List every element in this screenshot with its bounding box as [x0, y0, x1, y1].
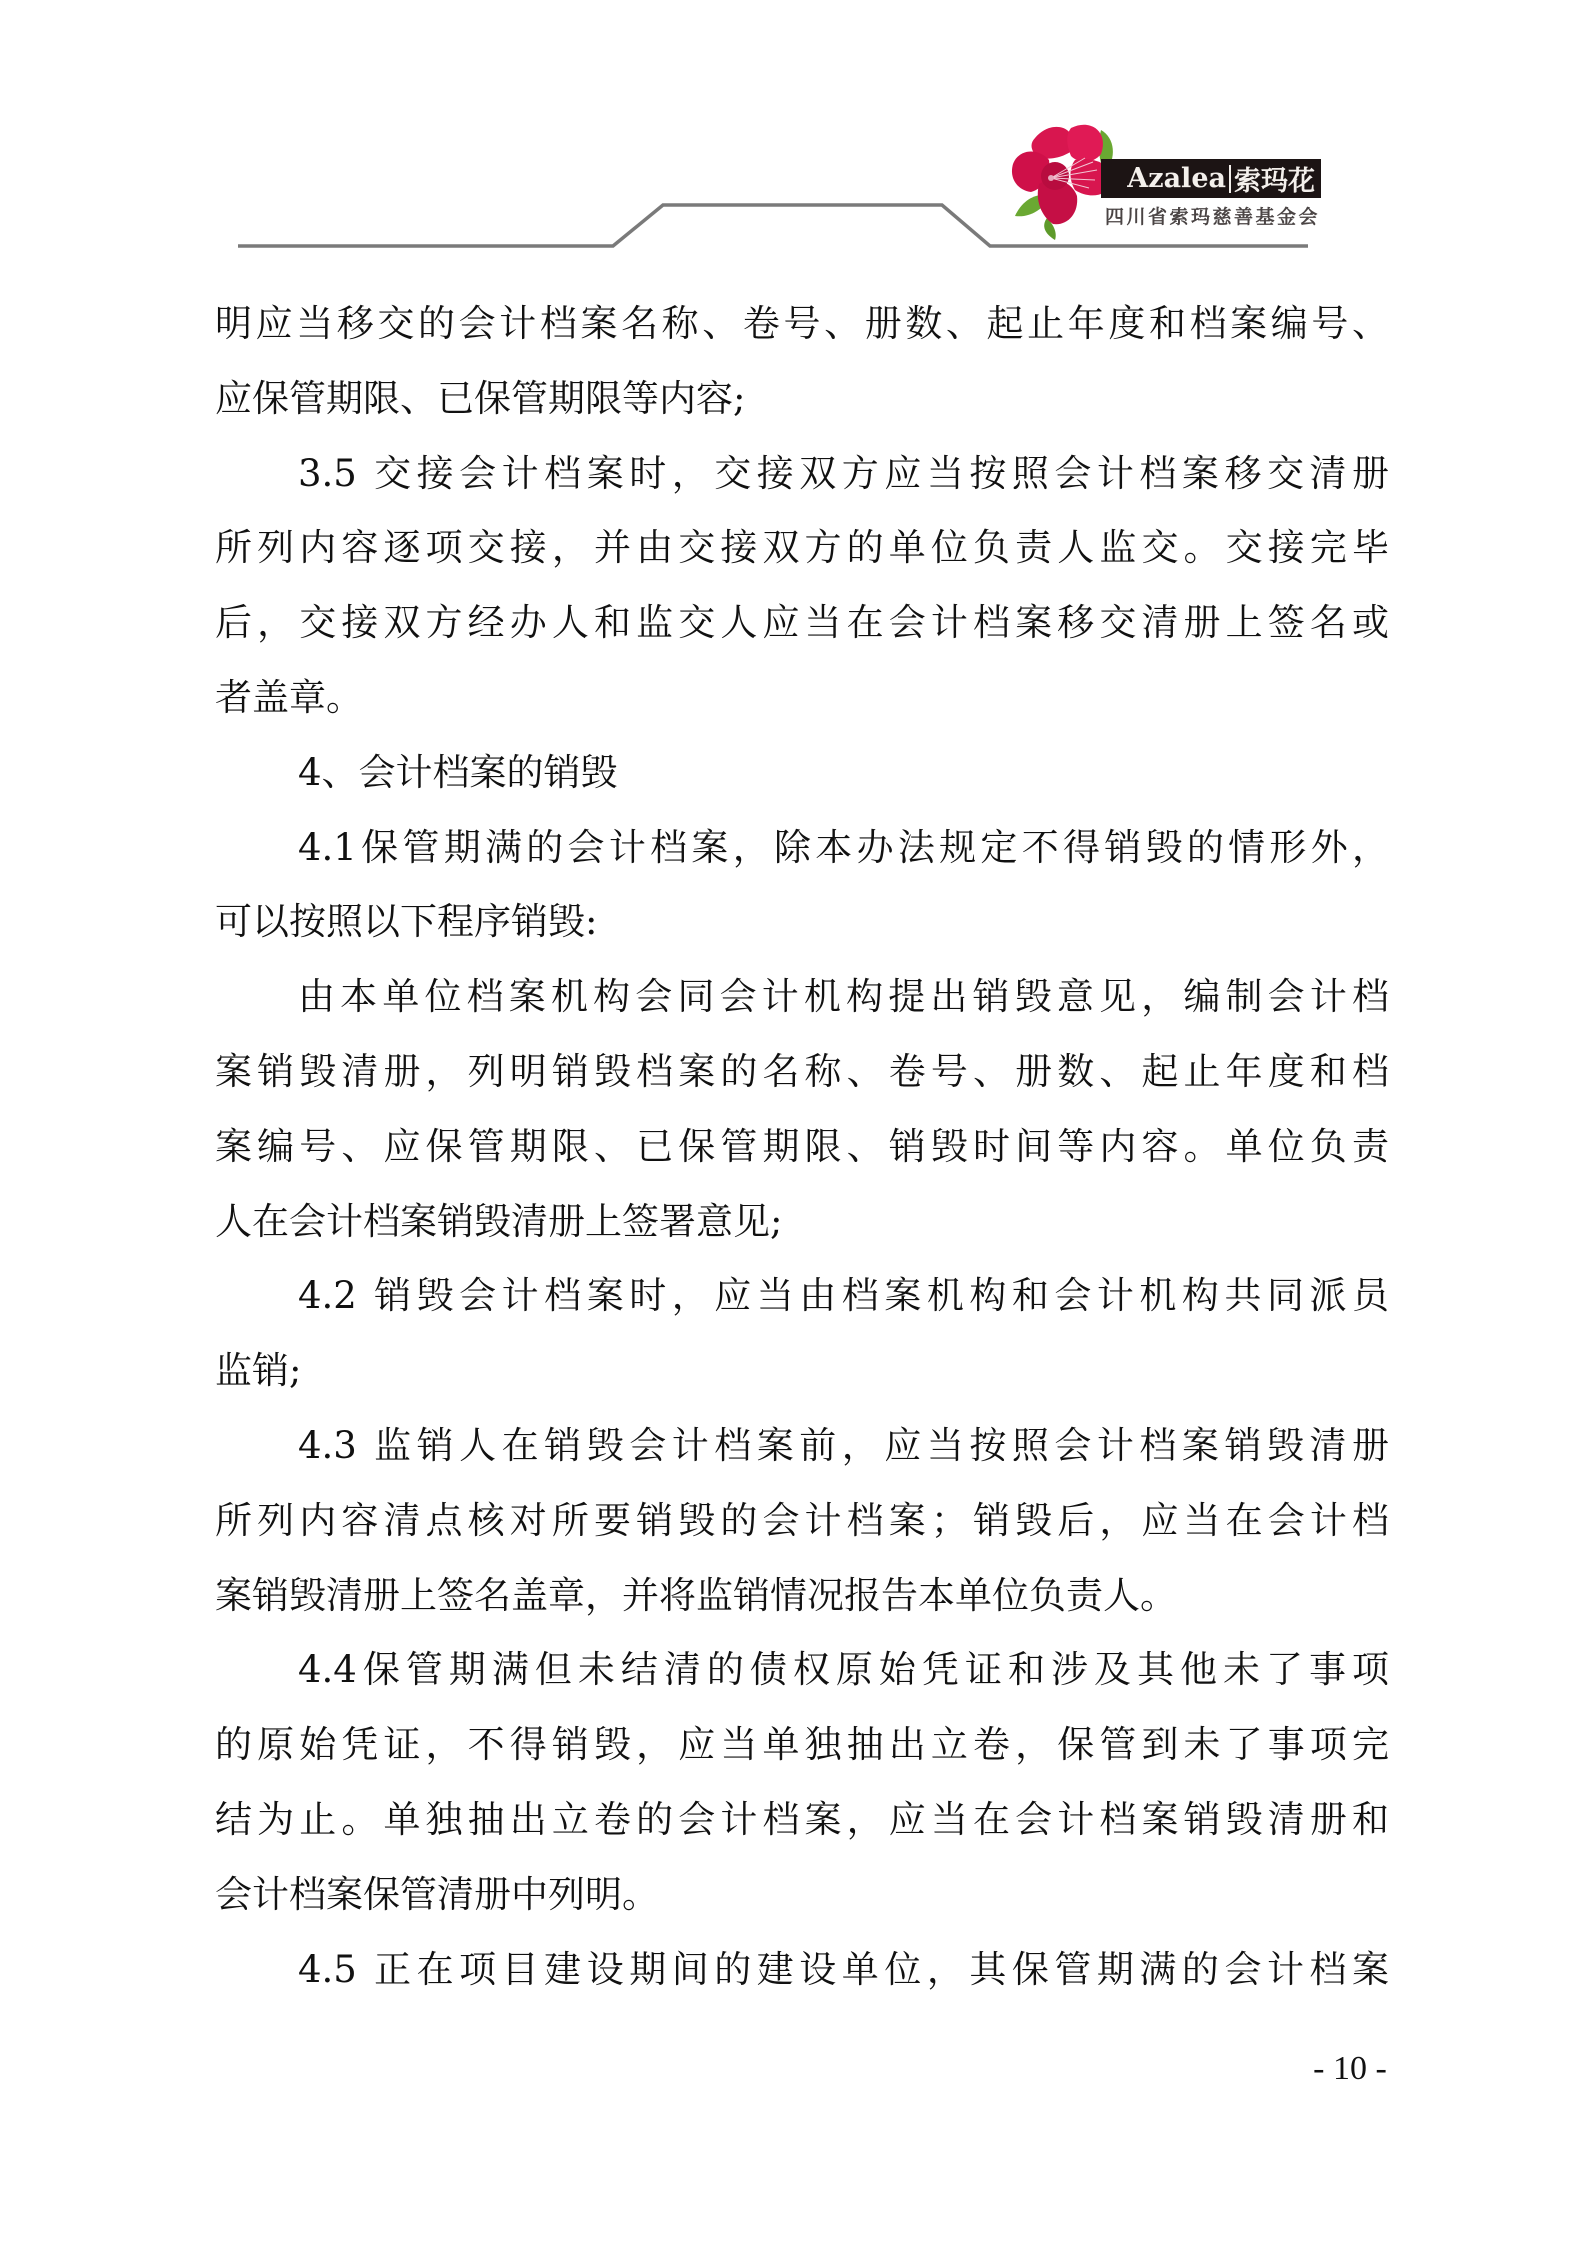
- text-line: 后，交接双方经办人和监交人应当在会计档案移交清册上签名或: [215, 601, 1389, 645]
- text-line: 4.5 正在项目建设期间的建设单位，其保管期满的会计档案: [298, 1948, 1389, 1992]
- text-line: 所列内容逐项交接，并由交接双方的单位负责人监交。交接完毕: [215, 526, 1389, 570]
- text-line: 由本单位档案机构会同会计机构提出销毁意见，编制会计档: [298, 975, 1389, 1019]
- logo-banner: Azalea 索玛花: [1101, 159, 1321, 198]
- text-line: 4.4保管期满但未结清的债权原始凭证和涉及其他未了事项: [298, 1648, 1389, 1692]
- azalea-logo: Azalea 索玛花 四川省索玛慈善基金会: [1005, 118, 1325, 240]
- text-line: 应保管期限、已保管期限等内容;: [215, 377, 1389, 421]
- document-page: Azalea 索玛花 四川省索玛慈善基金会 明应当移交的会计档案名称、卷号、册数…: [0, 0, 1587, 2245]
- text-line: 4.1保管期满的会计档案，除本办法规定不得销毁的情形外，: [298, 826, 1389, 870]
- logo-brand-cn: 索玛花: [1234, 159, 1315, 198]
- text-line: 人在会计档案销毁清册上签署意见;: [215, 1200, 1389, 1244]
- text-line: 案编号、应保管期限、已保管期限、销毁时间等内容。单位负责: [215, 1125, 1389, 1169]
- header-rule: [0, 0, 1587, 260]
- text-line: 案销毁清册，列明销毁档案的名称、卷号、册数、起止年度和档: [215, 1050, 1389, 1094]
- text-line: 4.3 监销人在销毁会计档案前，应当按照会计档案销毁清册: [298, 1424, 1389, 1468]
- text-line: 的原始凭证，不得销毁，应当单独抽出立卷，保管到未了事项完: [215, 1723, 1389, 1767]
- text-line: 者盖章。: [215, 676, 1389, 720]
- text-line: 监销;: [215, 1349, 1389, 1393]
- text-line: 3.5 交接会计档案时，交接双方应当按照会计档案移交清册: [298, 452, 1389, 496]
- logo-organization: 四川省索玛慈善基金会: [1105, 202, 1315, 229]
- text-line: 会计档案保管清册中列明。: [215, 1873, 1389, 1917]
- text-line: 4、会计档案的销毁: [298, 751, 1389, 795]
- text-line: 结为止。单独抽出立卷的会计档案，应当在会计档案销毁清册和: [215, 1798, 1389, 1842]
- logo-brand-en: Azalea: [1127, 163, 1226, 194]
- text-line: 明应当移交的会计档案名称、卷号、册数、起止年度和档案编号、: [215, 302, 1389, 346]
- text-line: 4.2 销毁会计档案时，应当由档案机构和会计机构共同派员: [298, 1274, 1389, 1318]
- logo-separator: [1229, 165, 1231, 193]
- text-line: 所列内容清点核对所要销毁的会计档案；销毁后，应当在会计档: [215, 1499, 1389, 1543]
- page-number: - 10 -: [1300, 2050, 1400, 2088]
- text-line: 可以按照以下程序销毁:: [215, 900, 1389, 944]
- text-line: 案销毁清册上签名盖章，并将监销情况报告本单位负责人。: [215, 1574, 1389, 1618]
